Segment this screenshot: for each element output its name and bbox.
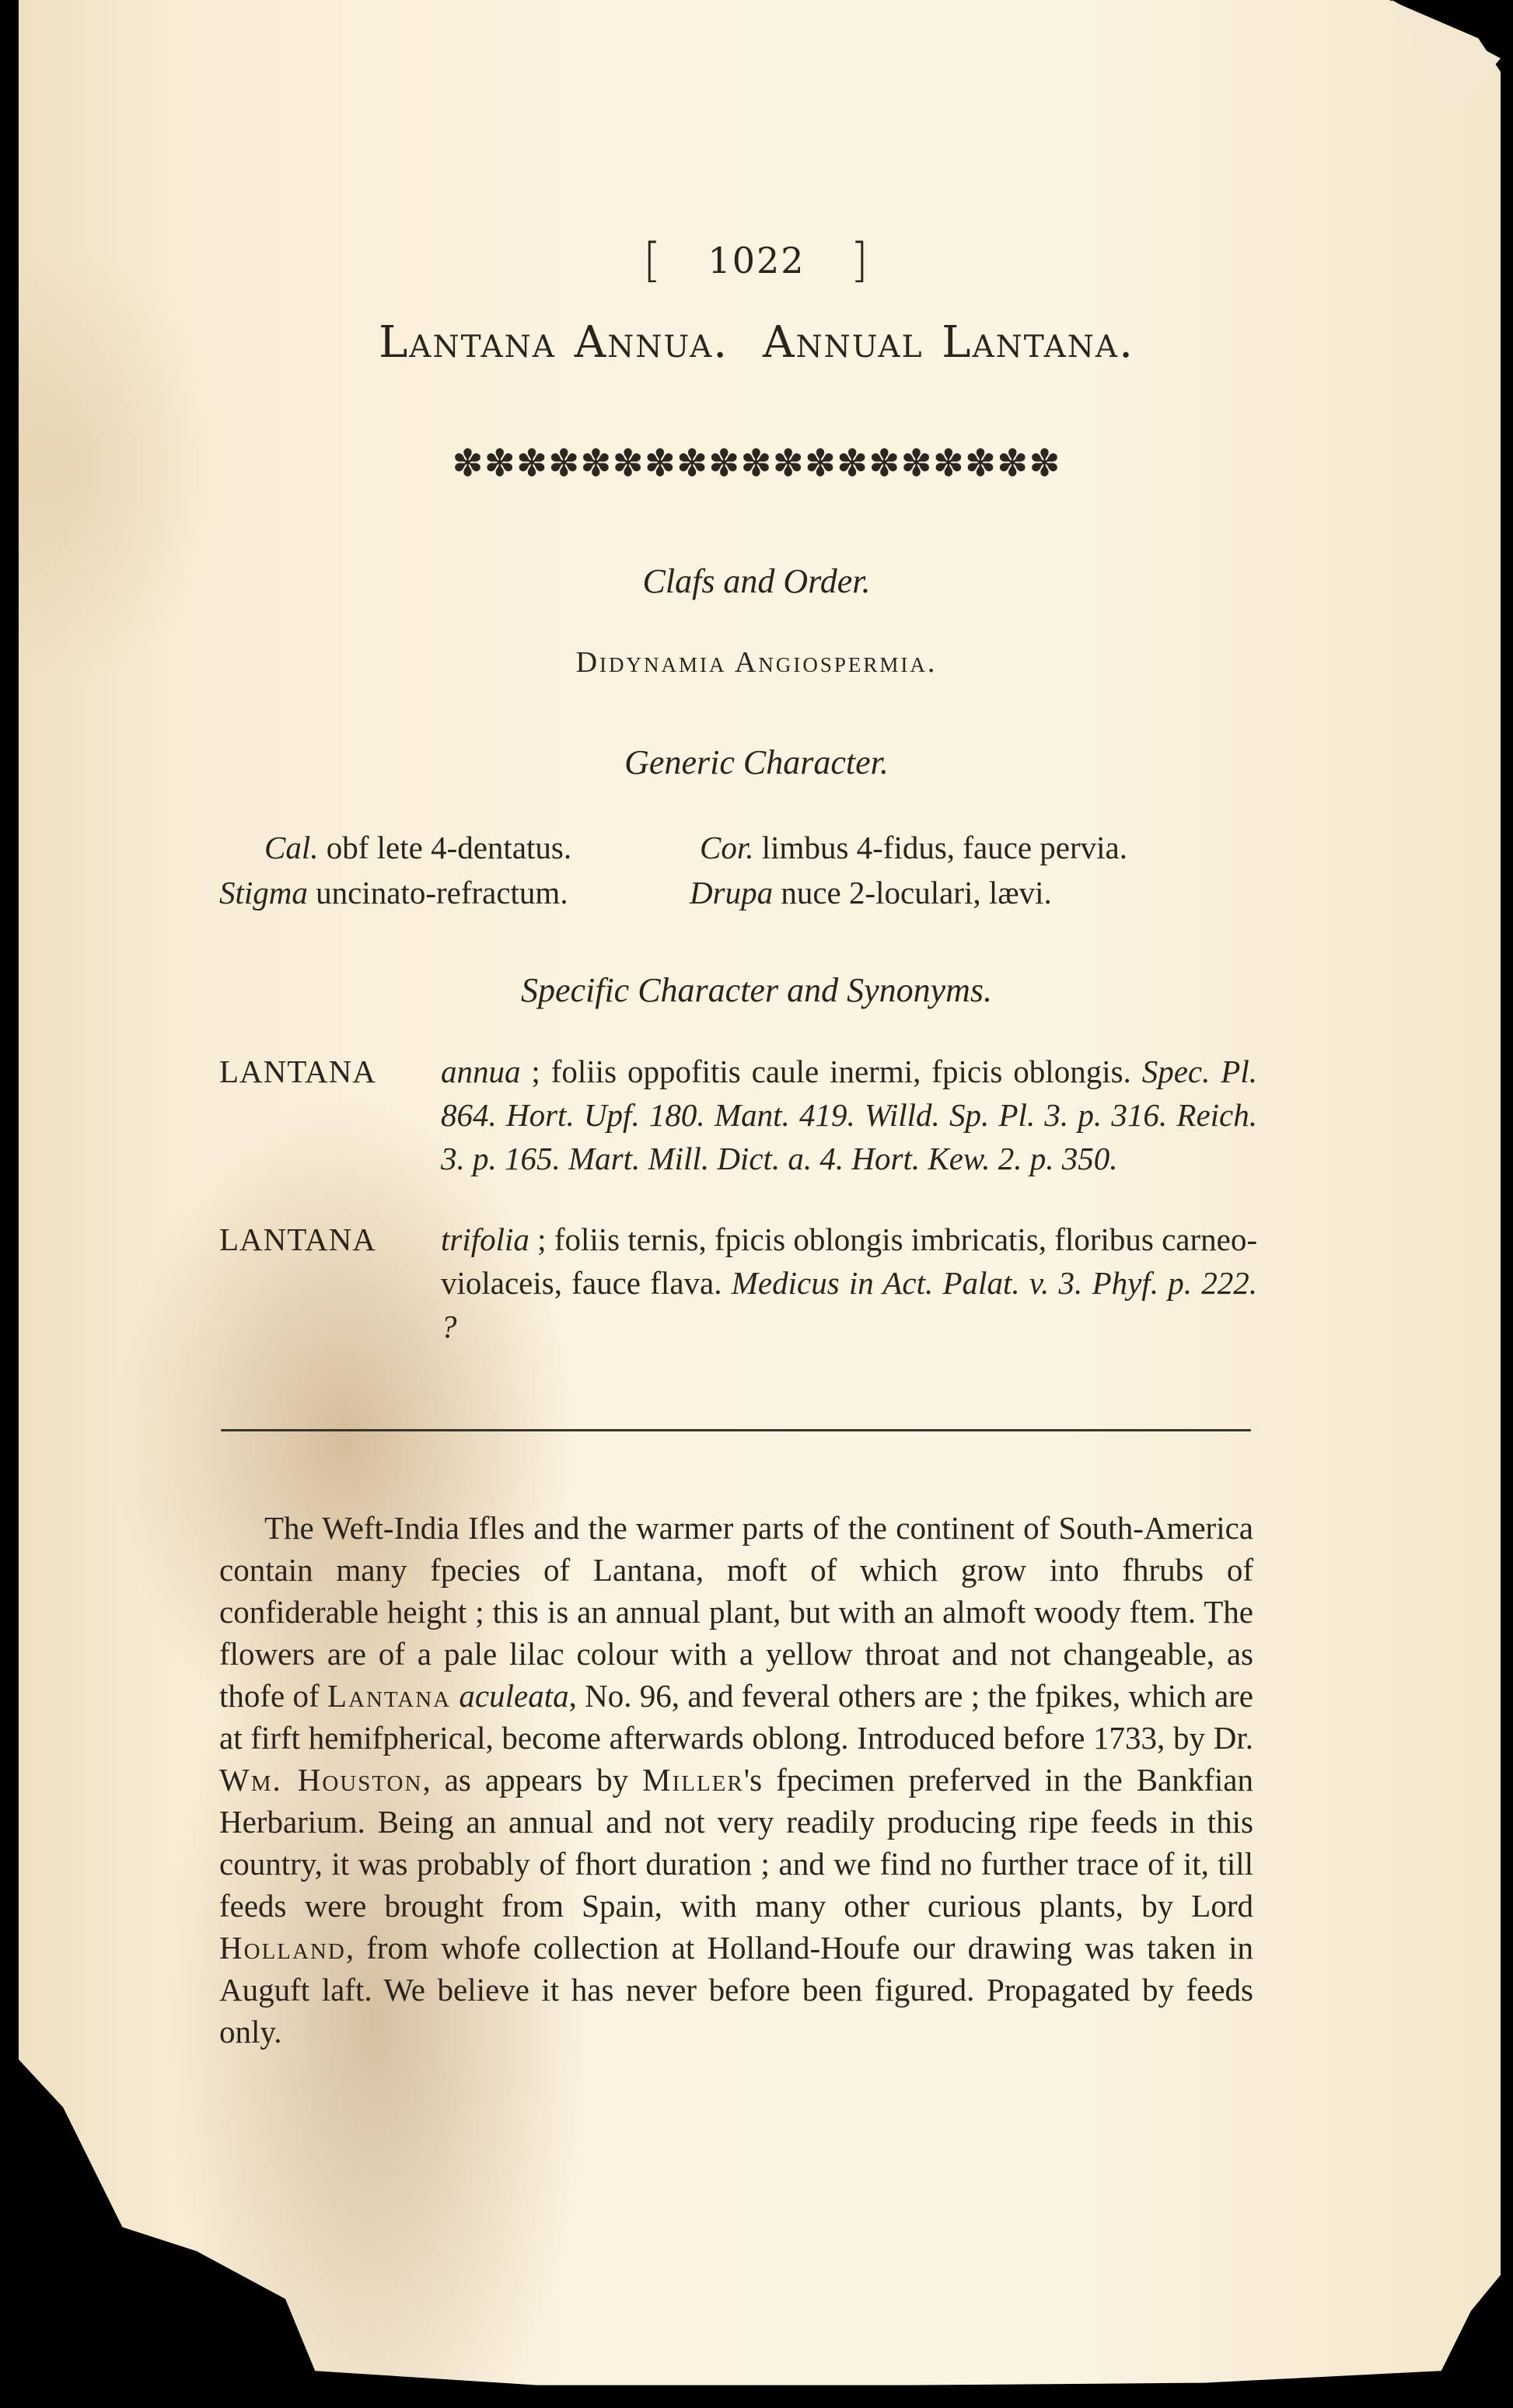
genus-name: LANTANA (219, 1050, 376, 1093)
description-paragraph: The Weft-India Ifles and the warmer part… (219, 1507, 1253, 2053)
page-number-value: 1022 (708, 239, 805, 281)
class-order-value: Didynamia Angiospermia. (0, 645, 1513, 680)
person-holland: Holland (219, 1930, 346, 1966)
genus-name: LANTANA (219, 1218, 376, 1261)
drupa-text: nuce 2-loculari, lævi. (773, 875, 1052, 910)
title-latin: Lantana Annua. (379, 317, 729, 368)
genus-smallcaps: Lantana (327, 1678, 451, 1714)
asterisk-ornament-divider: ✽✽✽✽✽✽✽✽✽✽✽✽✽✽✽✽✽✽✽ (0, 442, 1513, 485)
body-text: , as appears by (422, 1762, 642, 1798)
page-number: [1022] (0, 233, 1513, 288)
generic-character-line: Cal. obf lete 4-dentatus. Cor. limbus 4-… (264, 824, 1252, 871)
corolla-text: limbus 4-fidus, fauce pervia. (754, 830, 1127, 865)
class-order-heading: Clafs and Order. (0, 561, 1513, 601)
calyx-label: Cal. (264, 830, 319, 865)
person-houston: Wm. Houston (219, 1762, 422, 1798)
bracket-open: [ (643, 233, 662, 288)
generic-character-line: Stigma uncinato-refractum. Drupa nuce 2-… (219, 869, 1261, 916)
title-english: Annual Lantana. (763, 317, 1134, 368)
calyx-text: obf lete 4-dentatus. (319, 830, 572, 865)
stigma-label: Stigma (219, 875, 308, 910)
horizontal-rule (221, 1429, 1251, 1431)
generic-character-heading: Generic Character. (0, 743, 1513, 782)
species-description: ; foliis oppofitis caule inermi, fpicis … (521, 1054, 1131, 1089)
page-title: Lantana Annua.Annual Lantana. (0, 317, 1513, 368)
corolla-label: Cor. (700, 830, 754, 865)
species-aculeata: aculeata (459, 1678, 568, 1714)
stigma-text: uncinato-refractum. (308, 875, 568, 910)
body-text: , from whofe collection at Holland-Houfe… (219, 1930, 1253, 2050)
species-name: annua (441, 1054, 521, 1089)
person-miller: Miller (642, 1762, 744, 1798)
species-name: trifolia (441, 1221, 529, 1257)
specific-character-heading: Specific Character and Synonyms. (0, 970, 1513, 1010)
drupa-label: Drupa (690, 875, 773, 910)
bracket-close: ] (851, 233, 870, 288)
